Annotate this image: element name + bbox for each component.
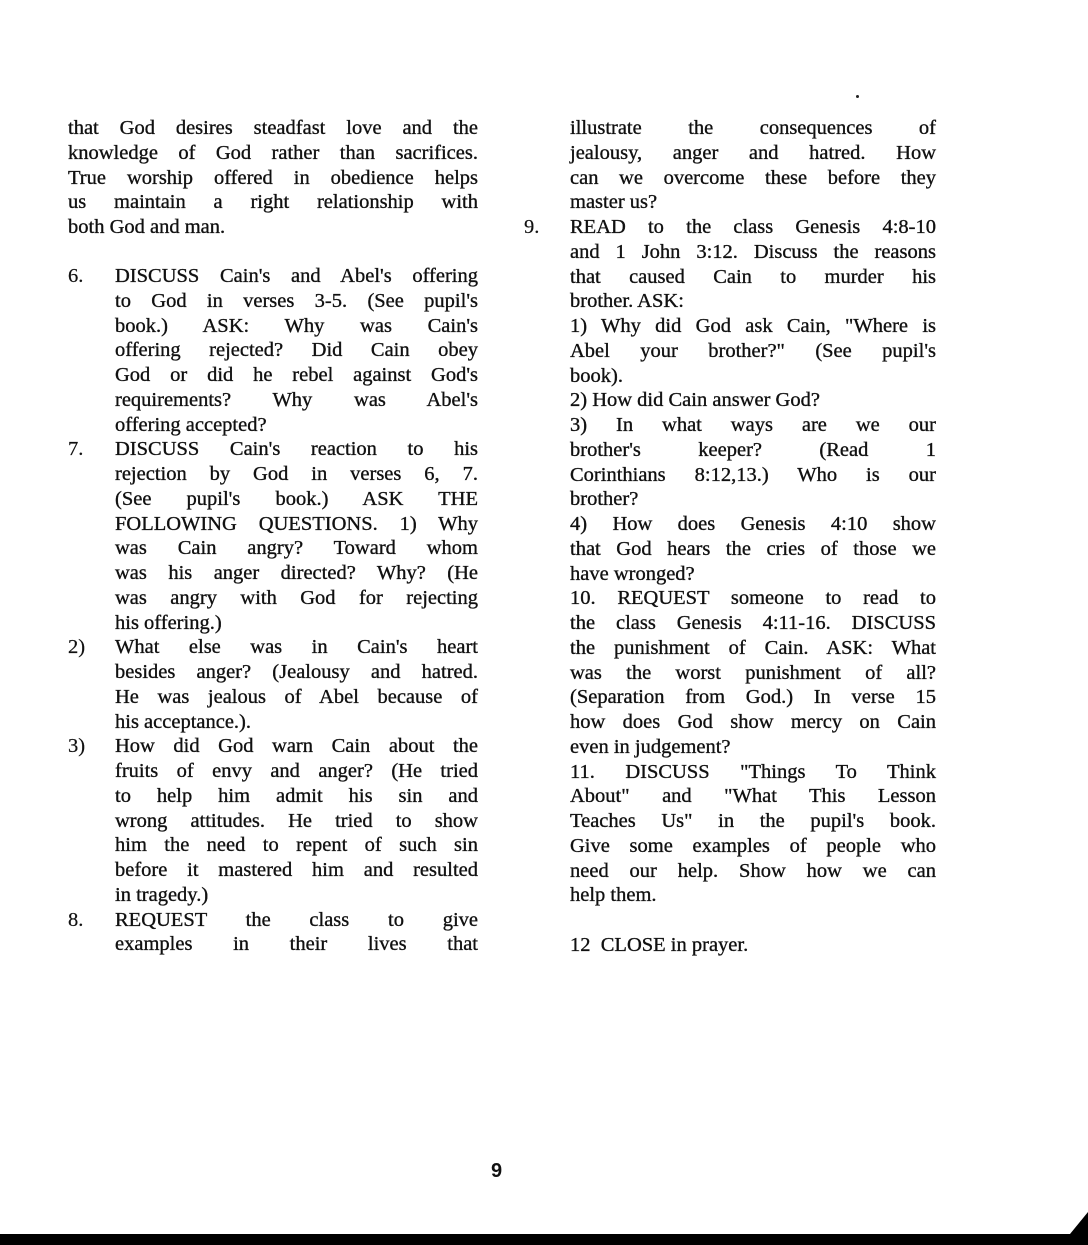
item-line: examples in their lives that <box>115 932 478 956</box>
item-line: DISCUSS Cain's and Abel's offering <box>115 264 478 288</box>
page-number: 9 <box>491 1160 502 1183</box>
intro-line: knowledge of God rather than sacrifices. <box>68 141 478 165</box>
item-marker: 9. <box>524 215 539 239</box>
intro-line: both God and man. <box>68 215 478 239</box>
item-line: How did God warn Cain about the <box>115 734 478 758</box>
item-line: to God in verses 3-5. (See pupil's <box>115 289 478 313</box>
item-line: rejection by God in verses 6, 7. <box>115 462 478 486</box>
item-line: to help him admit his sin and <box>115 784 478 808</box>
item-line: 1) Why did God ask Cain, "Where is <box>570 314 936 338</box>
item-line: in tragedy.) <box>115 883 478 907</box>
item-line: 10. REQUEST someone to read to <box>570 586 936 610</box>
scan-corner <box>1070 1212 1088 1234</box>
continuation-line: can we overcome these before they <box>570 166 936 190</box>
continuation-line: illustrate the consequences of <box>570 116 936 140</box>
item-line: was Cain angry? Toward whom <box>115 536 478 560</box>
item-line: book). <box>570 364 936 388</box>
item-line: was angry with God for rejecting <box>115 586 478 610</box>
item-line: FOLLOWING QUESTIONS. 1) Why <box>115 512 478 536</box>
item-marker: 8. <box>68 908 83 932</box>
item-line: (Separation from God.) In verse 15 <box>570 685 936 709</box>
item-line: Teaches Us" in the pupil's book. <box>570 809 936 833</box>
item-line: 2) How did Cain answer God? <box>570 388 936 412</box>
item-line: READ to the class Genesis 4:8-10 <box>570 215 936 239</box>
item-line: 3) In what ways are we our <box>570 413 936 437</box>
item-line: Give some examples of people who <box>570 834 936 858</box>
intro-line: that God desires steadfast love and the <box>68 116 478 140</box>
item-line: brother's keeper? (Read 1 <box>570 438 936 462</box>
item-line: was the worst punishment of all? <box>570 661 936 685</box>
item-line: his offering.) <box>115 611 478 635</box>
item-line: that caused Cain to murder his <box>570 265 936 289</box>
item-line: wrong attitudes. He tried to show <box>115 809 478 833</box>
item-line: He was jealous of Abel because of <box>115 685 478 709</box>
item-line: his acceptance.). <box>115 710 478 734</box>
item-line: besides anger? (Jealousy and hatred. <box>115 660 478 684</box>
item-line: What else was in Cain's heart <box>115 635 478 659</box>
item-line: that God hears the cries of those we <box>570 537 936 561</box>
item-line: him the need to repent of such sin <box>115 833 478 857</box>
intro-line: us maintain a right relationship with <box>68 190 478 214</box>
item-line: brother. ASK: <box>570 289 936 313</box>
scan-border <box>0 1234 1088 1245</box>
continuation-line: master us? <box>570 190 936 214</box>
item-line: fruits of envy and anger? (He tried <box>115 759 478 783</box>
continuation-line: jealousy, anger and hatred. How <box>570 141 936 165</box>
item-marker: 3) <box>68 734 85 758</box>
scan-speck <box>856 95 859 98</box>
item-line: Corinthians 8:12,13.) Who is our <box>570 463 936 487</box>
item-line: DISCUSS Cain's reaction to his <box>115 437 478 461</box>
item-line: how does God show mercy on Cain <box>570 710 936 734</box>
document-page: that God desires steadfast love and thek… <box>0 0 1088 1245</box>
item-line: the class Genesis 4:11-16. DISCUSS <box>570 611 936 635</box>
item-line: before it mastered him and resulted <box>115 858 478 882</box>
closing-line: 12 CLOSE in prayer. <box>570 933 936 957</box>
item-line: (See pupil's book.) ASK THE <box>115 487 478 511</box>
item-marker: 2) <box>68 635 85 659</box>
item-line: offering rejected? Did Cain obey <box>115 338 478 362</box>
item-line: 4) How does Genesis 4:10 show <box>570 512 936 536</box>
item-line: the punishment of Cain. ASK: What <box>570 636 936 660</box>
item-line: requirements? Why was Abel's <box>115 388 478 412</box>
item-line: even in judgement? <box>570 735 936 759</box>
item-line: God or did he rebel against God's <box>115 363 478 387</box>
item-line: and 1 John 3:12. Discuss the reasons <box>570 240 936 264</box>
item-line: offering accepted? <box>115 413 478 437</box>
item-line: need our help. Show how we can <box>570 859 936 883</box>
item-marker: 6. <box>68 264 83 288</box>
item-line: REQUEST the class to give <box>115 908 478 932</box>
item-line: was his anger directed? Why? (He <box>115 561 478 585</box>
intro-line: True worship offered in obedience helps <box>68 166 478 190</box>
item-line: 11. DISCUSS "Things To Think <box>570 760 936 784</box>
item-line: help them. <box>570 883 936 907</box>
item-marker: 7. <box>68 437 83 461</box>
item-line: book.) ASK: Why was Cain's <box>115 314 478 338</box>
item-line: Abel your brother?" (See pupil's <box>570 339 936 363</box>
item-line: brother? <box>570 487 936 511</box>
item-line: About" and "What This Lesson <box>570 784 936 808</box>
item-line: have wronged? <box>570 562 936 586</box>
